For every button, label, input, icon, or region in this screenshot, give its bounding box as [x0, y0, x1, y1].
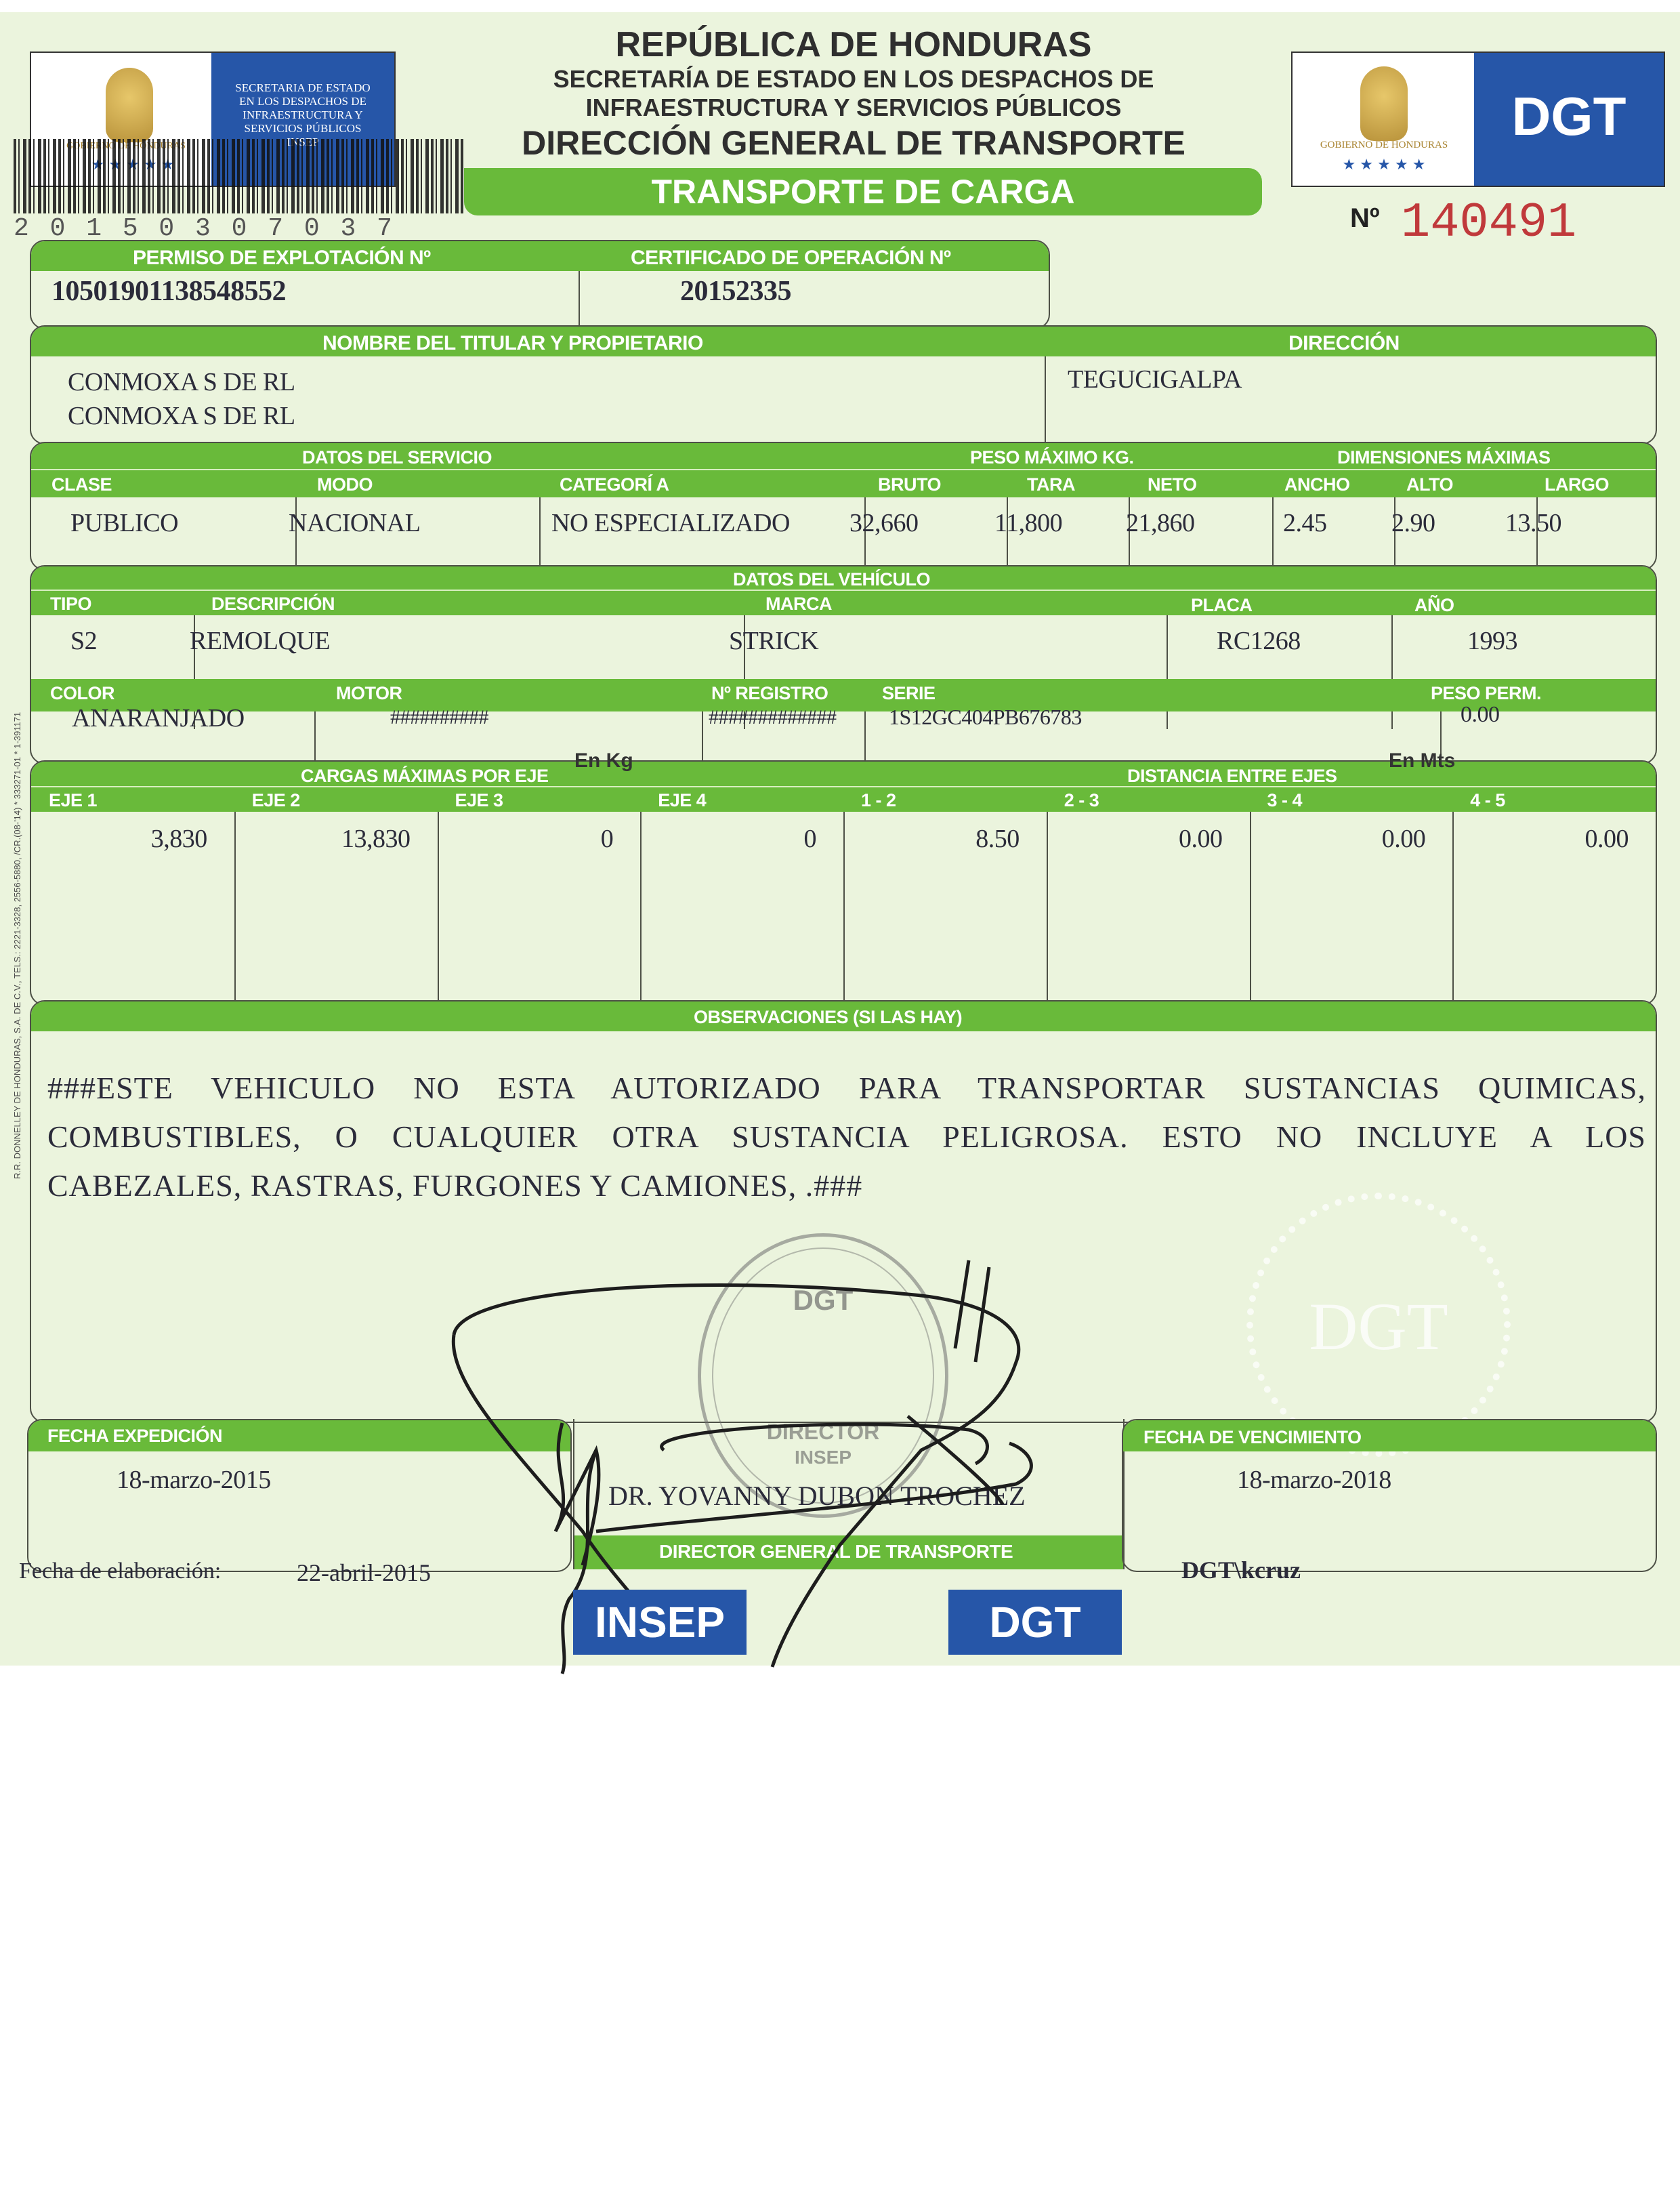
col-placa: PLACA — [1191, 595, 1253, 616]
col-marca: MARCA — [765, 594, 832, 615]
axles-section: CARGAS MÁXIMAS POR EJE DISTANCIA ENTRE E… — [30, 760, 1657, 1006]
axle-col-label: 3 - 4 — [1267, 790, 1303, 811]
fecha-vencimiento-value: 18-marzo-2018 — [1237, 1465, 1391, 1495]
serial-label: Nº — [1350, 203, 1380, 234]
tipo-value: S2 — [70, 626, 97, 656]
insep-badge: INSEP — [573, 1590, 747, 1655]
motor-value: ########## — [390, 706, 488, 729]
permiso-label: PERMISO DE EXPLOTACIÓN Nº — [133, 247, 431, 270]
axle-col-value: 0.00 — [1382, 824, 1426, 854]
dgt-wordmark: DGT — [1474, 85, 1664, 148]
axle-col-value: 13,830 — [341, 824, 411, 854]
col-ancho: ANCHO — [1284, 474, 1350, 495]
peso-perm-value: 0.00 — [1461, 702, 1500, 728]
operator-id: DGT\kcruz — [1181, 1556, 1301, 1584]
dgt-logo: GOBIERNO DE HONDURAS ★ ★ ★ ★ ★ DGT — [1291, 51, 1665, 187]
dimensiones-label: DIMENSIONES MÁXIMAS — [1337, 447, 1551, 468]
direccion-value: TEGUCIGALPA — [1068, 365, 1242, 394]
vehicle-section: DATOS DEL VEHÍCULO TIPO DESCRIPCIÓN MARC… — [30, 565, 1657, 764]
coat-of-arms-icon — [106, 68, 153, 142]
axle-col-value: 0 — [804, 824, 817, 854]
datos-servicio-label: DATOS DEL SERVICIO — [302, 447, 492, 468]
dgt-badge: DGT — [948, 1590, 1122, 1655]
col-alto: ALTO — [1406, 474, 1453, 495]
secretaria-line: SERVICIOS PÚBLICOS — [211, 122, 394, 136]
secretaria-subtitle: INFRAESTRUCTURA Y SERVICIOS PÚBLICOS — [420, 94, 1287, 122]
axle-col-label: 2 - 3 — [1064, 790, 1099, 811]
neto-value: 21,860 — [1126, 508, 1195, 538]
barcode-number: 2 0 1 5 0 3 0 7 0 3 7 — [14, 214, 395, 243]
col-registro: Nº REGISTRO — [711, 683, 828, 704]
permiso-value: 10501901138548552 — [51, 275, 286, 308]
permit-section: PERMISO DE EXPLOTACIÓN Nº CERTIFICADO DE… — [30, 240, 1050, 329]
secretaria-line: EN LOS DESPACHOS DE — [211, 95, 394, 108]
document-type: TRANSPORTE DE CARGA — [464, 172, 1262, 211]
color-value: ANARANJADO — [72, 703, 245, 733]
col-clase: CLASE — [51, 474, 112, 495]
service-section: DATOS DEL SERVICIO PESO MÁXIMO KG. DIMEN… — [30, 442, 1657, 571]
axle-col-value: 8.50 — [975, 824, 1020, 854]
barcode — [14, 139, 464, 213]
largo-value: 13.50 — [1505, 508, 1561, 538]
col-peso-perm: PESO PERM. — [1431, 683, 1541, 704]
col-motor: MOTOR — [336, 683, 402, 704]
serie-value: 1S12GC404PB676783 — [889, 705, 1082, 730]
col-neto: NETO — [1148, 474, 1197, 495]
anio-value: 1993 — [1467, 626, 1517, 656]
axle-col-label: EJE 2 — [252, 790, 300, 811]
fecha-expedicion-label: FECHA EXPEDICIÓN — [47, 1426, 222, 1447]
col-descripcion: DESCRIPCIÓN — [211, 594, 335, 615]
document-type-banner: TRANSPORTE DE CARGA — [464, 168, 1262, 215]
fecha-expedicion-value: 18-marzo-2015 — [117, 1465, 271, 1495]
col-tara: TARA — [1027, 474, 1075, 495]
col-categoria: CATEGORÍ A — [560, 474, 669, 495]
peso-maximo-label: PESO MÁXIMO KG. — [970, 447, 1134, 468]
axle-col-value: 0.00 — [1179, 824, 1223, 854]
secretaria-line: SECRETARIA DE ESTADO — [211, 81, 394, 95]
col-anio: AÑO — [1414, 595, 1454, 616]
titular-label: NOMBRE DEL TITULAR Y PROPIETARIO — [322, 332, 703, 355]
dgt-blue-panel: DGT — [1474, 53, 1664, 186]
placa-value: RC1268 — [1217, 626, 1301, 656]
fecha-vencimiento-label: FECHA DE VENCIMIENTO — [1143, 1427, 1362, 1448]
certificado-value: 20152335 — [680, 275, 791, 308]
clase-value: PUBLICO — [70, 508, 178, 538]
distancia-unit: En Mts — [1389, 749, 1455, 772]
axle-col-label: EJE 4 — [658, 790, 706, 811]
marca-value: STRICK — [729, 626, 818, 656]
coat-of-arms-icon — [1360, 66, 1408, 141]
axle-col-value: 0.00 — [1585, 824, 1629, 854]
ancho-value: 2.45 — [1283, 508, 1327, 538]
page-title: REPÚBLICA DE HONDURAS — [420, 24, 1287, 65]
embossed-seal-center: DGT — [1253, 1287, 1504, 1365]
col-modo: MODO — [317, 474, 373, 495]
observation-line: ###ESTE VEHICULO NO ESTA AUTORIZADO PARA… — [47, 1064, 1646, 1113]
categoria-value: NO ESPECIALIZADO — [551, 508, 790, 538]
serial-number: 140491 — [1401, 195, 1576, 251]
col-bruto: BRUTO — [878, 474, 941, 495]
cargas-label: CARGAS MÁXIMAS POR EJE — [301, 766, 549, 787]
axle-col-value: 0 — [601, 824, 614, 854]
axle-col-label: 4 - 5 — [1470, 790, 1505, 811]
alto-value: 2.90 — [1391, 508, 1435, 538]
datos-vehiculo-label: DATOS DEL VEHÍCULO — [733, 569, 930, 590]
secretaria-line: INFRAESTRUCTURA Y — [211, 108, 394, 122]
propietario-value: CONMOXA S DE RL — [68, 401, 295, 431]
cargas-unit: En Kg — [574, 749, 633, 772]
printer-imprint: R.R. DONNELLEY DE HONDURAS, S.A. DE C.V.… — [12, 712, 22, 1179]
owner-section: NOMBRE DEL TITULAR Y PROPIETARIO DIRECCI… — [30, 325, 1657, 445]
observation-line: COMBUSTIBLES, O CUALQUIER OTRA SUSTANCIA… — [47, 1113, 1646, 1161]
axle-col-value: 3,830 — [151, 824, 207, 854]
distancia-label: DISTANCIA ENTRE EJES — [1127, 766, 1337, 787]
col-serie: SERIE — [882, 683, 936, 704]
titular-value: CONMOXA S DE RL — [68, 367, 295, 397]
certificado-label: CERTIFICADO DE OPERACIÓN Nº — [631, 247, 950, 270]
embossed-seal: DGT — [1246, 1193, 1511, 1457]
bruto-value: 32,660 — [849, 508, 919, 538]
fecha-vencimiento-section: FECHA DE VENCIMIENTO 18-marzo-2018 — [1122, 1419, 1657, 1572]
col-tipo: TIPO — [50, 594, 91, 615]
registro-value: ############# — [709, 706, 837, 729]
secretaria-subtitle: SECRETARÍA DE ESTADO EN LOS DESPACHOS DE — [420, 65, 1287, 94]
col-color: COLOR — [50, 683, 114, 704]
fecha-elaboracion-label: Fecha de elaboración: — [19, 1559, 221, 1584]
gobierno-text: GOBIERNO DE HONDURAS — [1293, 140, 1475, 151]
axle-col-label: EJE 3 — [455, 790, 503, 811]
department-title: DIRECCIÓN GENERAL DE TRANSPORTE — [420, 123, 1287, 163]
observaciones-label: OBSERVACIONES (SI LAS HAY) — [694, 1007, 962, 1028]
axle-col-label: 1 - 2 — [861, 790, 896, 811]
descripcion-value: REMOLQUE — [190, 626, 330, 656]
modo-value: NACIONAL — [289, 508, 420, 538]
stars-icon: ★ ★ ★ ★ ★ — [1330, 156, 1438, 173]
direccion-label: DIRECCIÓN — [1288, 332, 1400, 355]
fecha-elaboracion-value: 22-abril-2015 — [297, 1559, 431, 1587]
axle-col-label: EJE 1 — [49, 790, 97, 811]
tara-value: 11,800 — [994, 508, 1062, 538]
col-largo: LARGO — [1545, 474, 1609, 495]
